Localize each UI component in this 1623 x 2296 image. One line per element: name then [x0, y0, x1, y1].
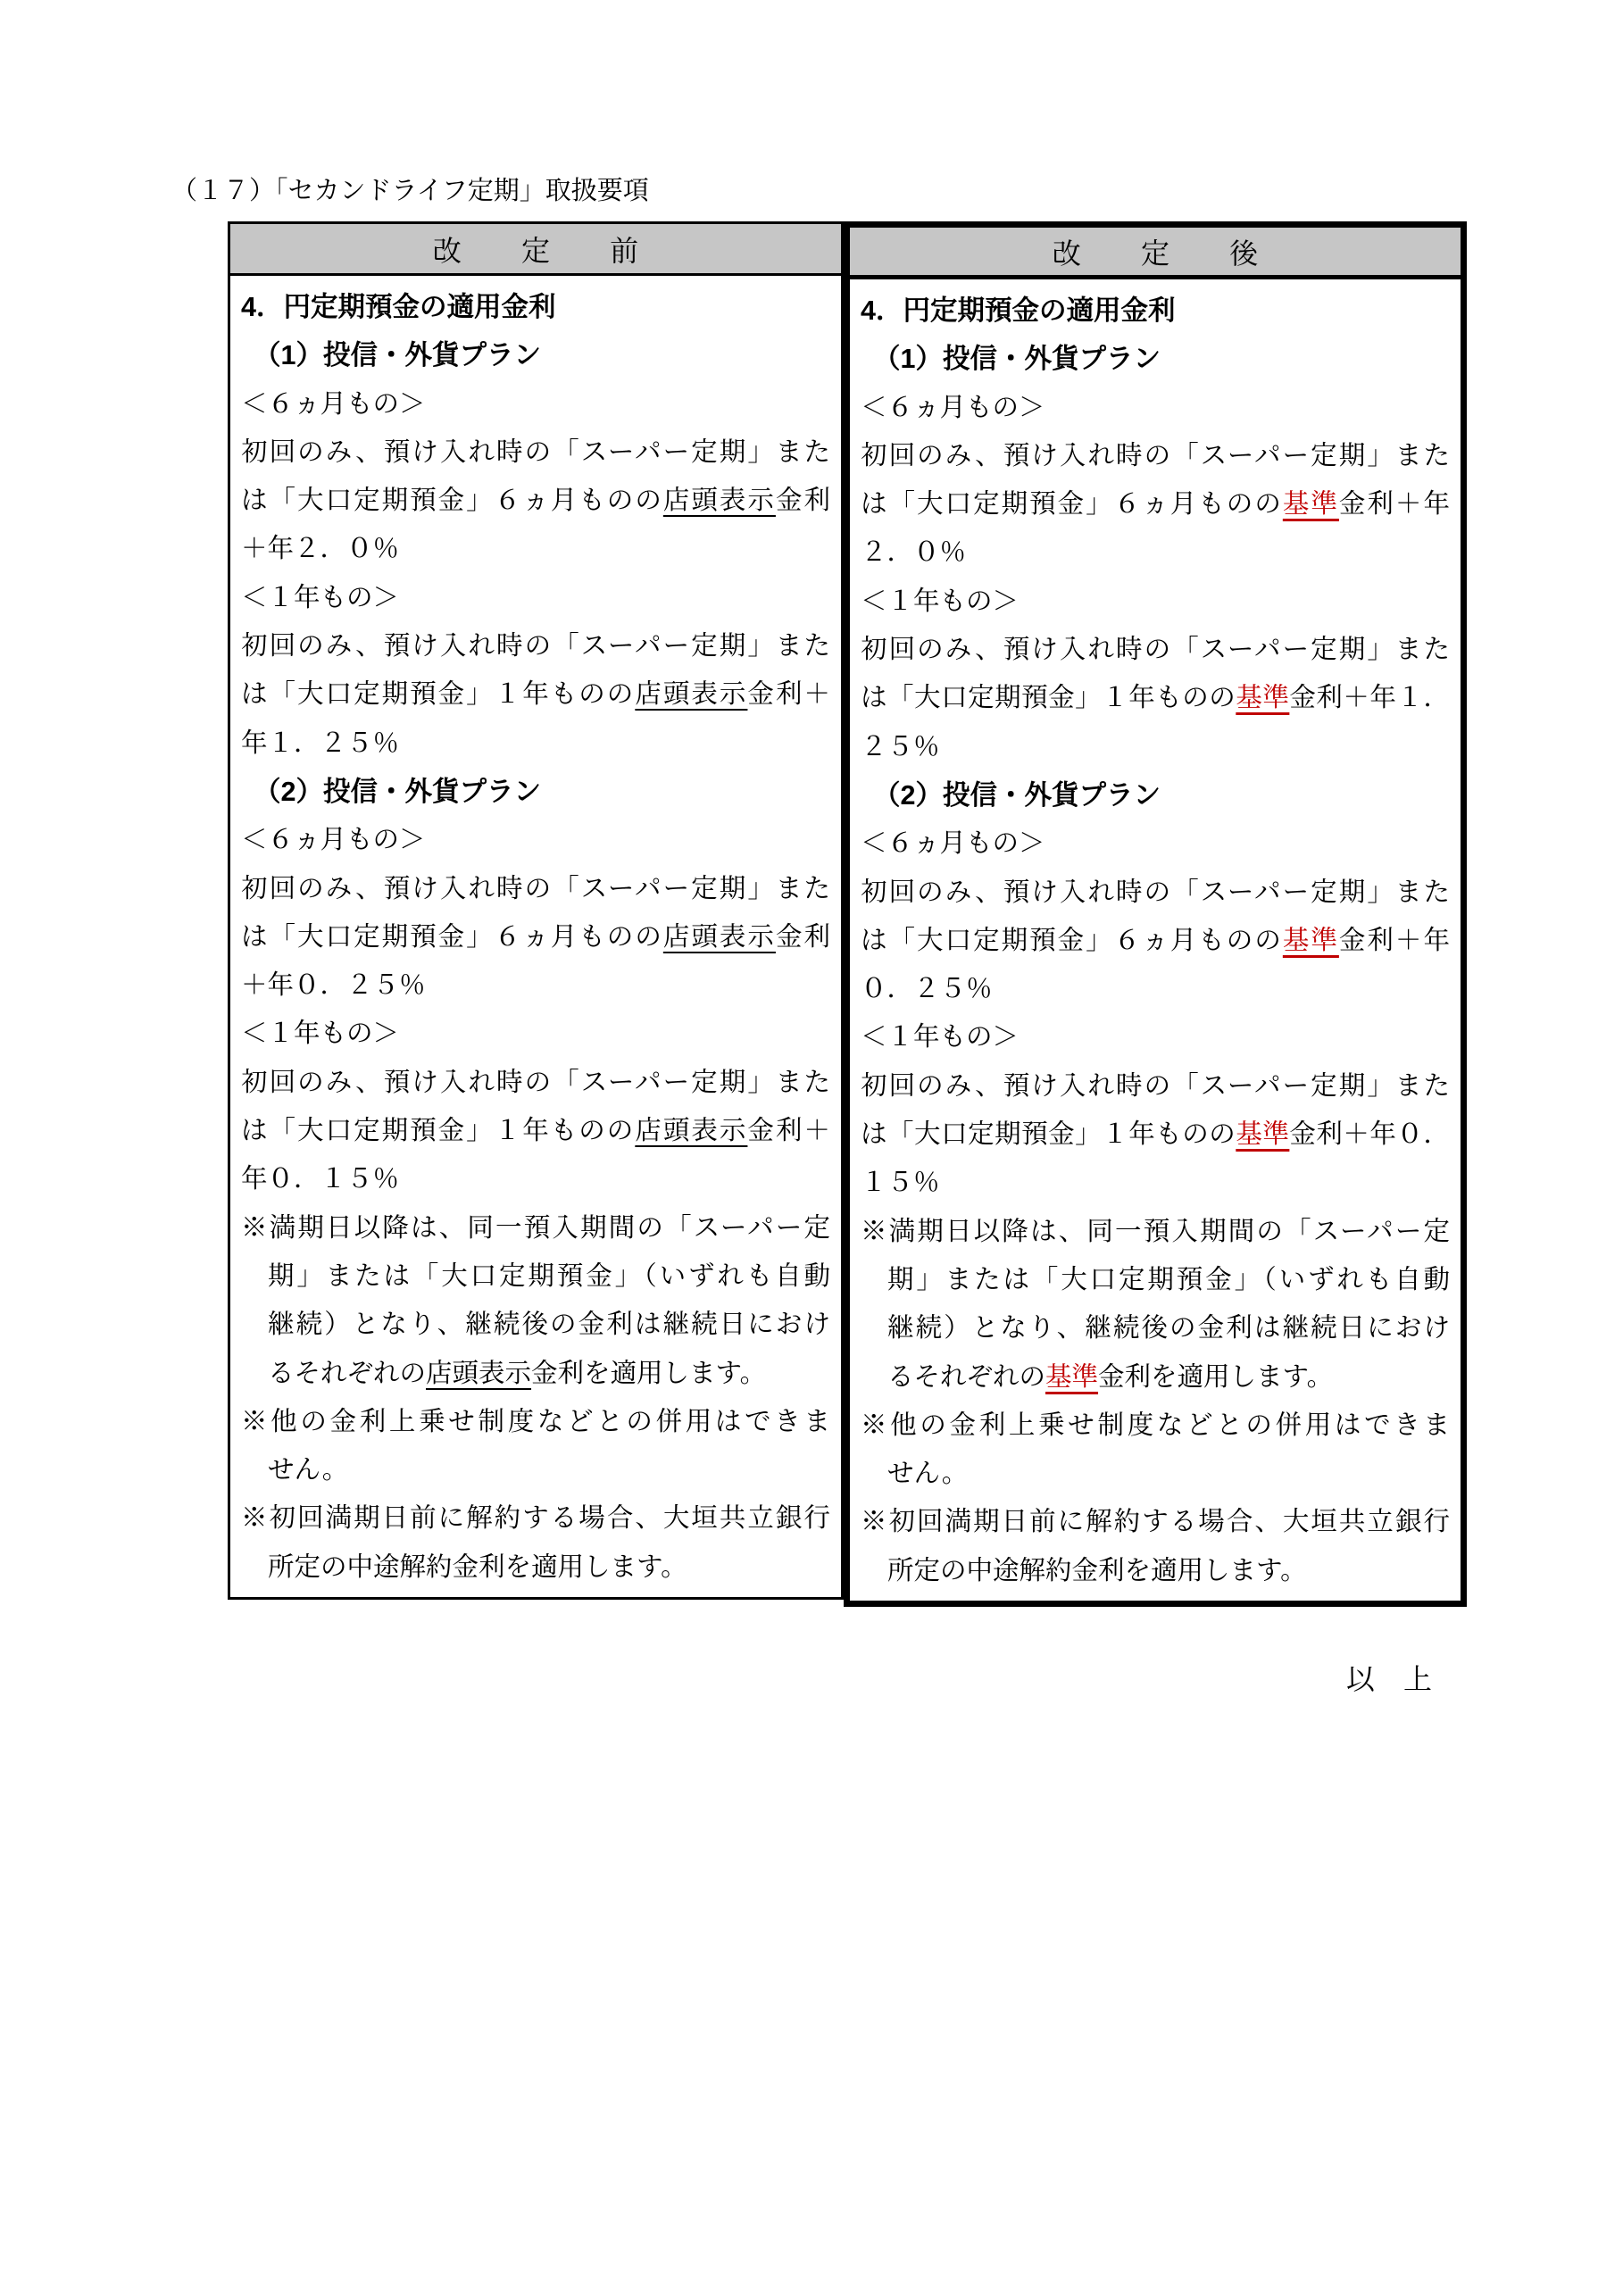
revised-term-red: 基準	[1283, 490, 1339, 519]
text-run: は「大口定期預金」６ヵ月ものの	[861, 490, 1283, 519]
text-run: 4．円定期預金の適用金利	[861, 295, 1175, 326]
table-line: 初回のみ、預け入れ時の「スーパー定期」また	[861, 432, 1450, 480]
text-run: １５％	[861, 1169, 940, 1197]
text-run: ※初回満期日前に解約する場合、大垣共立銀行	[241, 1504, 830, 1533]
text-run: （1）投信・外貨プラン	[254, 340, 541, 370]
text-run: 金利＋年	[1339, 927, 1450, 955]
text-run: ２．０％	[861, 538, 966, 567]
text-run: ※満期日以降は、同一預入期間の「スーパー定	[241, 1214, 830, 1243]
table-line: ＜１年もの＞	[861, 578, 1450, 626]
revised-term-red: 基準	[1236, 1120, 1289, 1149]
table-line: １５％	[861, 1159, 1450, 1207]
text-run: ２５％	[861, 733, 940, 761]
column-body-after: 4．円定期預金の適用金利（1）投信・外貨プラン＜６ヵ月もの＞初回のみ、預け入れ時…	[850, 279, 1461, 1601]
closing-mark: 以 上	[1346, 1657, 1432, 1698]
text-run: 所定の中途解約金利を適用します。	[268, 1553, 687, 1582]
text-run: は「大口定期預金」１年ものの	[861, 1120, 1236, 1149]
column-header-before: 改 定 前	[230, 224, 841, 276]
table-line: 初回のみ、預け入れ時の「スーパー定期」また	[861, 626, 1450, 674]
text-run: ※満期日以降は、同一預入期間の「スーパー定	[861, 1218, 1450, 1246]
text-run: は「大口定期預金」１年ものの	[241, 680, 635, 709]
table-line: ０．２５％	[861, 965, 1450, 1013]
text-run: 初回のみ、預け入れ時の「スーパー定期」また	[241, 1069, 830, 1097]
document-title: （１７）「セカンドライフ定期」取扱要項	[171, 176, 649, 206]
column-after-revision: 改 定 後 4．円定期預金の適用金利（1）投信・外貨プラン＜６ヵ月もの＞初回のみ…	[844, 221, 1467, 1607]
table-line: ※他の金利上乗せ制度などとの併用はできま	[861, 1402, 1450, 1450]
text-run: 初回のみ、預け入れ時の「スーパー定期」また	[241, 438, 830, 467]
table-line: ＜６ヵ月もの＞	[861, 384, 1450, 432]
text-run: 年０．１５％	[241, 1165, 399, 1194]
text-run: るそれぞれの	[268, 1360, 426, 1388]
text-run: は「大口定期預金」１年ものの	[861, 684, 1236, 712]
table-line: 4．円定期預金の適用金利	[861, 287, 1450, 335]
table-line: ※他の金利上乗せ制度などとの併用はできま	[241, 1398, 830, 1446]
text-run: 初回のみ、預け入れ時の「スーパー定期」また	[861, 442, 1450, 470]
text-run: （2）投信・外貨プラン	[254, 777, 541, 807]
text-run: 初回のみ、預け入れ時の「スーパー定期」また	[861, 636, 1450, 664]
table-line: は「大口定期預金」６ヵ月ものの店頭表示金利	[241, 913, 830, 961]
revision-comparison-table: 改 定 前 4．円定期預金の適用金利（1）投信・外貨プラン＜６ヵ月もの＞初回のみ…	[228, 221, 1467, 1607]
table-line: るそれぞれの店頭表示金利を適用します。	[241, 1350, 830, 1398]
table-line: 4．円定期預金の適用金利	[241, 283, 830, 331]
table-line: 初回のみ、預け入れ時の「スーパー定期」また	[861, 869, 1450, 917]
text-run: ＜６ヵ月もの＞	[241, 826, 426, 854]
revised-term-red: 基準	[1283, 927, 1339, 955]
text-run: せん。	[268, 1456, 348, 1485]
table-line: ※初回満期日前に解約する場合、大垣共立銀行	[241, 1494, 830, 1543]
table-line: ※満期日以降は、同一預入期間の「スーパー定	[861, 1208, 1450, 1256]
table-line: （2）投信・外貨プラン	[861, 771, 1450, 819]
text-run: ＜１年もの＞	[241, 584, 399, 612]
table-line: は「大口定期預金」６ヵ月ものの基準金利＋年	[861, 480, 1450, 528]
table-line: ２．０％	[861, 528, 1450, 577]
table-line: 初回のみ、預け入れ時の「スーパー定期」また	[861, 1062, 1450, 1111]
revised-term-red: 基準	[1045, 1363, 1098, 1392]
table-line: 所定の中途解約金利を適用します。	[241, 1543, 830, 1592]
table-line: 期」または「大口定期預金」（いずれも自動	[861, 1256, 1450, 1304]
text-run: ※他の金利上乗せ制度などとの併用はできま	[241, 1408, 830, 1436]
table-line: せん。	[241, 1446, 830, 1494]
table-line: （2）投信・外貨プラン	[241, 768, 830, 816]
column-header-after: 改 定 後	[850, 228, 1461, 279]
text-run: 初回のみ、預け入れ時の「スーパー定期」また	[241, 632, 830, 661]
table-line: 所定の中途解約金利を適用します。	[861, 1547, 1450, 1595]
table-line: ＜６ヵ月もの＞	[861, 819, 1450, 868]
revised-term-red: 基準	[1236, 684, 1289, 712]
table-line: 初回のみ、預け入れ時の「スーパー定期」また	[241, 865, 830, 913]
table-line: 初回のみ、預け入れ時の「スーパー定期」また	[241, 622, 830, 670]
column-body-before: 4．円定期預金の適用金利（1）投信・外貨プラン＜６ヵ月もの＞初回のみ、預け入れ時…	[230, 276, 841, 1597]
text-run: ０．２５％	[861, 975, 993, 1003]
table-line: 期」または「大口定期預金」（いずれも自動	[241, 1252, 830, 1301]
table-line: （1）投信・外貨プラン	[861, 335, 1450, 383]
table-line: 年１．２５％	[241, 720, 830, 768]
text-run: （1）投信・外貨プラン	[873, 344, 1161, 374]
table-line: は「大口定期預金」１年ものの店頭表示金利＋	[241, 1107, 830, 1155]
text-run: （2）投信・外貨プラン	[873, 780, 1161, 811]
table-line: ＜６ヵ月もの＞	[241, 380, 830, 428]
table-line: ＜６ヵ月もの＞	[241, 816, 830, 864]
underlined-term: 店頭表示	[426, 1360, 531, 1388]
text-run: るそれぞれの	[887, 1363, 1045, 1392]
text-run: せん。	[887, 1460, 968, 1488]
text-run: ＜６ヵ月もの＞	[861, 829, 1045, 858]
table-line: は「大口定期預金」１年ものの店頭表示金利＋	[241, 670, 830, 719]
table-line: ＜１年もの＞	[861, 1013, 1450, 1061]
text-run: 金利を適用します。	[531, 1360, 766, 1388]
table-line: ※満期日以降は、同一預入期間の「スーパー定	[241, 1204, 830, 1252]
table-line: ※初回満期日前に解約する場合、大垣共立銀行	[861, 1498, 1450, 1546]
table-line: 初回のみ、預け入れ時の「スーパー定期」また	[241, 428, 830, 477]
text-run: 金利＋	[747, 1117, 830, 1145]
text-run: 期」または「大口定期預金」（いずれも自動	[268, 1262, 830, 1291]
text-run: ＜１年もの＞	[241, 1019, 399, 1048]
text-run: 所定の中途解約金利を適用します。	[887, 1557, 1307, 1585]
text-run: ＋年２．０％	[241, 535, 399, 563]
text-run: は「大口定期預金」６ヵ月ものの	[241, 923, 663, 952]
text-run: 期」または「大口定期預金」（いずれも自動	[887, 1266, 1450, 1294]
table-line: 年０．１５％	[241, 1155, 830, 1203]
table-line: は「大口定期預金」６ヵ月ものの店頭表示金利	[241, 477, 830, 525]
column-before-revision: 改 定 前 4．円定期預金の適用金利（1）投信・外貨プラン＜６ヵ月もの＞初回のみ…	[228, 221, 844, 1600]
text-run: は「大口定期預金」６ヵ月ものの	[861, 927, 1283, 955]
table-line: 初回のみ、預け入れ時の「スーパー定期」また	[241, 1059, 830, 1107]
table-line: 継続）となり、継続後の金利は継続日におけ	[861, 1304, 1450, 1352]
text-run: 初回のみ、預け入れ時の「スーパー定期」また	[861, 1072, 1450, 1101]
text-run: ＜６ヵ月もの＞	[241, 390, 426, 419]
text-run: ＜６ヵ月もの＞	[861, 394, 1045, 422]
text-run: 継続）となり、継続後の金利は継続日におけ	[268, 1310, 830, 1339]
text-run: ※初回満期日前に解約する場合、大垣共立銀行	[861, 1508, 1450, 1536]
table-line: は「大口定期預金」６ヵ月ものの基準金利＋年	[861, 917, 1450, 965]
text-run: 4．円定期預金の適用金利	[241, 292, 555, 322]
text-run: 金利	[776, 923, 830, 952]
table-line: ２５％	[861, 723, 1450, 771]
text-run: ＜１年もの＞	[861, 587, 1019, 616]
text-run: 金利＋年１．	[1289, 684, 1450, 712]
text-run: 初回のみ、預け入れ時の「スーパー定期」また	[861, 878, 1450, 907]
underlined-term: 店頭表示	[663, 923, 776, 952]
table-line: 継続）となり、継続後の金利は継続日におけ	[241, 1301, 830, 1349]
table-line: せん。	[861, 1450, 1450, 1498]
text-run: ＜１年もの＞	[861, 1023, 1019, 1052]
table-line: は「大口定期預金」１年ものの基準金利＋年０．	[861, 1111, 1450, 1159]
text-run: ＋年０．２５％	[241, 971, 426, 1000]
text-run: 年１．２５％	[241, 729, 399, 758]
table-line: るそれぞれの基準金利を適用します。	[861, 1353, 1450, 1402]
text-run: 金利＋	[747, 680, 830, 709]
table-line: ＜１年もの＞	[241, 574, 830, 622]
text-run: ※他の金利上乗せ制度などとの併用はできま	[861, 1411, 1450, 1440]
text-run: 金利	[776, 487, 830, 515]
text-run: 継続）となり、継続後の金利は継続日におけ	[887, 1314, 1450, 1343]
table-line: ＜１年もの＞	[241, 1010, 830, 1058]
underlined-term: 店頭表示	[635, 680, 747, 709]
text-run: 初回のみ、預け入れ時の「スーパー定期」また	[241, 875, 830, 903]
table-line: （1）投信・外貨プラン	[241, 331, 830, 379]
table-line: は「大口定期預金」１年ものの基準金利＋年１．	[861, 674, 1450, 722]
table-line: ＋年０．２５％	[241, 961, 830, 1010]
underlined-term: 店頭表示	[663, 487, 776, 515]
table-line: ＋年２．０％	[241, 525, 830, 573]
text-run: は「大口定期預金」１年ものの	[241, 1117, 635, 1145]
text-run: 金利＋年０．	[1289, 1120, 1450, 1149]
text-run: は「大口定期預金」６ヵ月ものの	[241, 487, 663, 515]
text-run: 金利＋年	[1339, 490, 1450, 519]
underlined-term: 店頭表示	[635, 1117, 747, 1145]
text-run: 金利を適用します。	[1098, 1363, 1333, 1392]
